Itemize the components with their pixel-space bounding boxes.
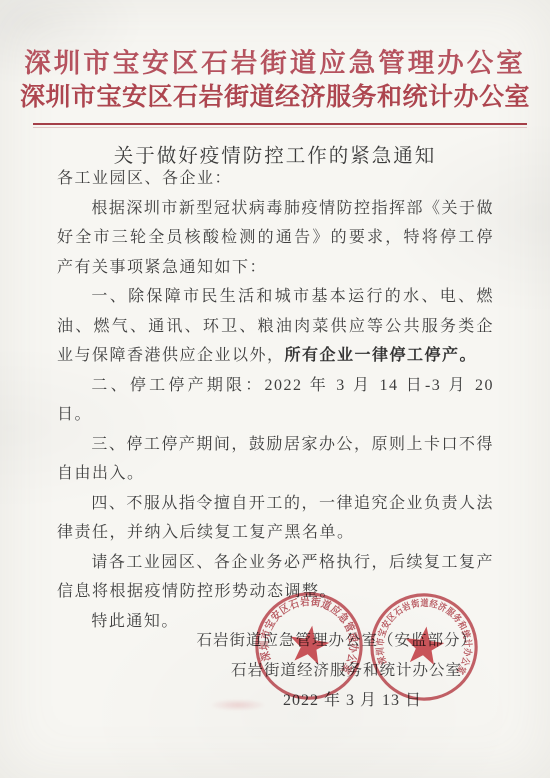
header-divider-rule-shadow bbox=[33, 127, 527, 128]
seal-ink-smudge bbox=[200, 697, 276, 713]
seal-left-star-icon bbox=[287, 623, 332, 666]
header-org-line1: 深圳市宝安区石岩街道应急管理办公室 bbox=[0, 50, 550, 77]
paragraph-item3: 三、停工停产期间，鼓励居家办公，原则上卡口不得自由出入。 bbox=[57, 430, 494, 489]
document-body: 各工业园区、各企业： 根据深圳市新型冠状病毒肺疫情防控指挥部《关于做好全市三轮全… bbox=[57, 164, 494, 636]
official-seal-right: 深圳市宝安区石岩街道经济服务和统计办公室 bbox=[358, 581, 490, 713]
paragraph-intro: 根据深圳市新型冠状病毒肺疫情防控指挥部《关于做好全市三轮全员核酸检测的通告》的要… bbox=[57, 194, 494, 283]
paragraph-item2: 二、停工停产期限：2022 年 3 月 14 日-3 月 20 日。 bbox=[57, 371, 494, 430]
paragraph-item1: 一、除保障市民生活和城市基本运行的水、电、燃油、燃气、通讯、环卫、粮油肉菜供应等… bbox=[57, 282, 494, 371]
paragraph-item1-bold: 所有企业一律停工停产。 bbox=[285, 347, 478, 364]
header-org-line2: 深圳市宝安区石岩街道经济服务和统计办公室 bbox=[0, 85, 550, 110]
document-header: 深圳市宝安区石岩街道应急管理办公室 深圳市宝安区石岩街道经济服务和统计办公室 bbox=[0, 50, 550, 110]
document-page: 深圳市宝安区石岩街道应急管理办公室 深圳市宝安区石岩街道经济服务和统计办公室 关… bbox=[0, 0, 550, 778]
header-divider-rule bbox=[33, 123, 527, 125]
salutation: 各工业园区、各企业： bbox=[57, 164, 494, 194]
official-seal-left: 深圳市宝安区石岩街道应急管理办公室 bbox=[241, 578, 376, 713]
paragraph-item4: 四、不服从指令擅自开工的，一律追究企业负责人法律责任，并纳入后续复工复产黑名单。 bbox=[57, 489, 494, 548]
seal-right-star-icon bbox=[402, 624, 446, 666]
